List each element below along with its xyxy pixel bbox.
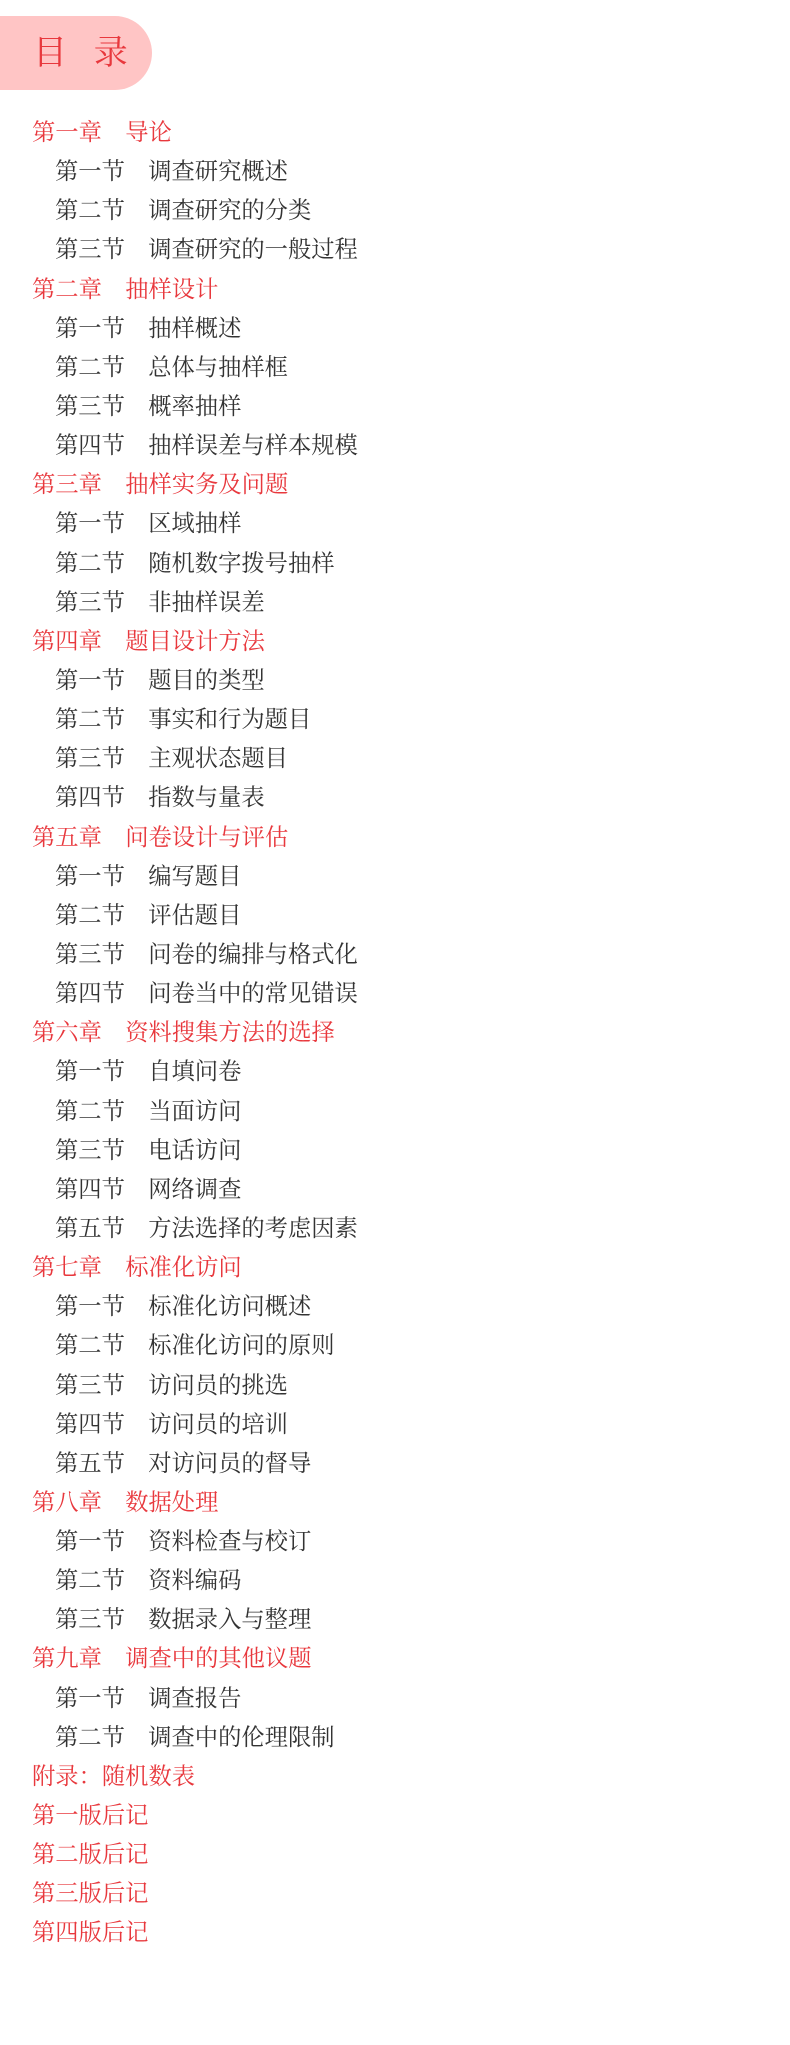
toc-section-link[interactable]: 第二节评估题目: [0, 896, 790, 935]
section-title: 题目的类型: [148, 667, 264, 694]
toc-title-badge: 目 录: [0, 16, 152, 90]
section-title: 区域抽样: [148, 510, 241, 537]
chapter-title: 抽样实务及问题: [125, 471, 288, 498]
toc-section-link[interactable]: 第三节电话访问: [0, 1131, 790, 1170]
section-title: 概率抽样: [148, 393, 241, 420]
section-number: 第一节: [55, 661, 125, 700]
toc-chapter-link[interactable]: 第八章数据处理: [0, 1483, 790, 1522]
toc-section-link[interactable]: 第二节标准化访问的原则: [0, 1326, 790, 1365]
chapter-title: 题目设计方法: [125, 628, 265, 655]
section-number: 第一节: [55, 504, 125, 543]
toc-chapter-link[interactable]: 第二章抽样设计: [0, 270, 790, 309]
section-title: 标准化访问概述: [148, 1293, 311, 1320]
section-title: 抽样误差与样本规模: [148, 432, 358, 459]
toc-chapter-link[interactable]: 第三章抽样实务及问题: [0, 465, 790, 504]
section-title: 随机数字拨号抽样: [148, 550, 334, 577]
toc-chapter-link[interactable]: 第五章问卷设计与评估: [0, 818, 790, 857]
toc-section-link[interactable]: 第五节方法选择的考虑因素: [0, 1209, 790, 1248]
chapter-title: 问卷设计与评估: [125, 824, 288, 851]
section-title: 资料编码: [148, 1567, 241, 1594]
section-number: 第二节: [55, 191, 125, 230]
section-number: 第二节: [55, 896, 125, 935]
toc-appendix-link[interactable]: 第三版后记: [0, 1874, 790, 1913]
section-number: 第四节: [55, 974, 125, 1013]
toc-chapter-link[interactable]: 第四章题目设计方法: [0, 622, 790, 661]
toc-chapter-link[interactable]: 第一章导论: [0, 113, 790, 152]
toc-section-link[interactable]: 第二节当面访问: [0, 1092, 790, 1131]
toc-section-link[interactable]: 第三节数据录入与整理: [0, 1600, 790, 1639]
section-title: 访问员的培训: [148, 1411, 288, 1438]
section-number: 第五节: [55, 1209, 125, 1248]
chapter-title: 资料搜集方法的选择: [125, 1019, 335, 1046]
section-title: 电话访问: [148, 1137, 241, 1164]
toc-section-link[interactable]: 第一节调查报告: [0, 1679, 790, 1718]
section-title: 评估题目: [148, 902, 241, 929]
section-title: 对访问员的督导: [148, 1450, 311, 1477]
section-number: 第二节: [55, 1092, 125, 1131]
toc-appendix-link[interactable]: 附录：随机数表: [0, 1757, 790, 1796]
section-title: 标准化访问的原则: [148, 1332, 334, 1359]
section-number: 第二节: [55, 348, 125, 387]
section-title: 访问员的挑选: [148, 1372, 288, 1399]
extra-title: 第一版后记: [32, 1802, 148, 1829]
section-title: 非抽样误差: [148, 589, 264, 616]
chapter-number: 第六章: [32, 1013, 102, 1052]
section-number: 第四节: [55, 426, 125, 465]
toc-section-link[interactable]: 第三节调查研究的一般过程: [0, 230, 790, 269]
chapter-number: 第五章: [32, 818, 102, 857]
toc-section-link[interactable]: 第二节资料编码: [0, 1561, 790, 1600]
toc-section-link[interactable]: 第一节调查研究概述: [0, 152, 790, 191]
section-number: 第三节: [55, 1366, 125, 1405]
toc-section-link[interactable]: 第一节标准化访问概述: [0, 1287, 790, 1326]
chapter-number: 第八章: [32, 1483, 102, 1522]
chapter-number: 第九章: [32, 1639, 102, 1678]
chapter-number: 第三章: [32, 465, 102, 504]
section-title: 事实和行为题目: [148, 706, 311, 733]
toc-section-link[interactable]: 第五节对访问员的督导: [0, 1444, 790, 1483]
toc-section-link[interactable]: 第三节主观状态题目: [0, 739, 790, 778]
section-title: 调查中的伦理限制: [148, 1724, 334, 1751]
section-number: 第一节: [55, 152, 125, 191]
toc-chapter-link[interactable]: 第六章资料搜集方法的选择: [0, 1013, 790, 1052]
chapter-title: 抽样设计: [125, 276, 218, 303]
section-number: 第三节: [55, 387, 125, 426]
toc-section-link[interactable]: 第四节问卷当中的常见错误: [0, 974, 790, 1013]
toc-section-link[interactable]: 第二节事实和行为题目: [0, 700, 790, 739]
section-number: 第三节: [55, 1131, 125, 1170]
toc-appendix-link[interactable]: 第二版后记: [0, 1835, 790, 1874]
section-number: 第五节: [55, 1444, 125, 1483]
extra-title: 第二版后记: [32, 1841, 148, 1868]
section-number: 第一节: [55, 309, 125, 348]
toc-section-link[interactable]: 第四节抽样误差与样本规模: [0, 426, 790, 465]
extra-title: 第四版后记: [32, 1919, 148, 1946]
chapter-title: 导论: [125, 119, 172, 146]
toc-section-link[interactable]: 第一节抽样概述: [0, 309, 790, 348]
section-number: 第一节: [55, 1287, 125, 1326]
section-title: 总体与抽样框: [148, 354, 288, 381]
toc-section-link[interactable]: 第一节题目的类型: [0, 661, 790, 700]
section-title: 抽样概述: [148, 315, 241, 342]
section-number: 第一节: [55, 1052, 125, 1091]
section-number: 第三节: [55, 1600, 125, 1639]
toc-section-link[interactable]: 第一节资料检查与校订: [0, 1522, 790, 1561]
section-number: 第二节: [55, 1718, 125, 1757]
section-number: 第四节: [55, 1405, 125, 1444]
section-title: 网络调查: [148, 1176, 241, 1203]
chapter-number: 第七章: [32, 1248, 102, 1287]
section-number: 第二节: [55, 1326, 125, 1365]
toc-appendix-link[interactable]: 第四版后记: [0, 1913, 790, 1952]
table-of-contents: 第一章导论第一节调查研究概述第二节调查研究的分类第三节调查研究的一般过程第二章抽…: [0, 113, 790, 1953]
toc-title: 目 录: [33, 36, 136, 70]
toc-section-link[interactable]: 第三节问卷的编排与格式化: [0, 935, 790, 974]
section-number: 第三节: [55, 935, 125, 974]
toc-section-link[interactable]: 第二节随机数字拨号抽样: [0, 544, 790, 583]
section-number: 第二节: [55, 700, 125, 739]
section-number: 第三节: [55, 739, 125, 778]
toc-section-link[interactable]: 第二节总体与抽样框: [0, 348, 790, 387]
toc-appendix-link[interactable]: 第一版后记: [0, 1796, 790, 1835]
toc-section-link[interactable]: 第二节调查研究的分类: [0, 191, 790, 230]
toc-section-link[interactable]: 第四节指数与量表: [0, 778, 790, 817]
toc-section-link[interactable]: 第二节调查中的伦理限制: [0, 1718, 790, 1757]
extra-title: 第三版后记: [32, 1880, 148, 1907]
section-number: 第四节: [55, 778, 125, 817]
toc-section-link[interactable]: 第一节编写题目: [0, 857, 790, 896]
chapter-title: 调查中的其他议题: [125, 1645, 311, 1672]
section-title: 指数与量表: [148, 784, 264, 811]
section-title: 自填问卷: [148, 1058, 241, 1085]
section-number: 第一节: [55, 857, 125, 896]
section-number: 第二节: [55, 1561, 125, 1600]
section-number: 第三节: [55, 230, 125, 269]
section-title: 调查报告: [148, 1685, 241, 1712]
chapter-number: 第四章: [32, 622, 102, 661]
section-title: 主观状态题目: [148, 745, 288, 772]
chapter-title: 数据处理: [125, 1489, 218, 1516]
extra-title: 附录：随机数表: [32, 1763, 195, 1790]
section-title: 编写题目: [148, 863, 241, 890]
section-title: 调查研究概述: [148, 158, 288, 185]
section-title: 数据录入与整理: [148, 1606, 311, 1633]
toc-section-link[interactable]: 第三节访问员的挑选: [0, 1366, 790, 1405]
section-title: 资料检查与校订: [148, 1528, 311, 1555]
toc-section-link[interactable]: 第三节概率抽样: [0, 387, 790, 426]
section-number: 第二节: [55, 544, 125, 583]
toc-section-link[interactable]: 第四节访问员的培训: [0, 1405, 790, 1444]
chapter-number: 第二章: [32, 270, 102, 309]
section-number: 第一节: [55, 1522, 125, 1561]
toc-chapter-link[interactable]: 第九章调查中的其他议题: [0, 1639, 790, 1678]
section-title: 问卷的编排与格式化: [148, 941, 358, 968]
chapter-title: 标准化访问: [125, 1254, 241, 1281]
section-title: 当面访问: [148, 1098, 241, 1125]
toc-section-link[interactable]: 第一节自填问卷: [0, 1052, 790, 1091]
section-number: 第三节: [55, 583, 125, 622]
section-title: 问卷当中的常见错误: [148, 980, 358, 1007]
section-number: 第一节: [55, 1679, 125, 1718]
toc-section-link[interactable]: 第三节非抽样误差: [0, 583, 790, 622]
toc-chapter-link[interactable]: 第七章标准化访问: [0, 1248, 790, 1287]
chapter-number: 第一章: [32, 113, 102, 152]
toc-section-link[interactable]: 第一节区域抽样: [0, 504, 790, 543]
section-title: 调查研究的分类: [148, 197, 311, 224]
section-number: 第四节: [55, 1170, 125, 1209]
section-title: 方法选择的考虑因素: [148, 1215, 358, 1242]
toc-section-link[interactable]: 第四节网络调查: [0, 1170, 790, 1209]
section-title: 调查研究的一般过程: [148, 236, 358, 263]
